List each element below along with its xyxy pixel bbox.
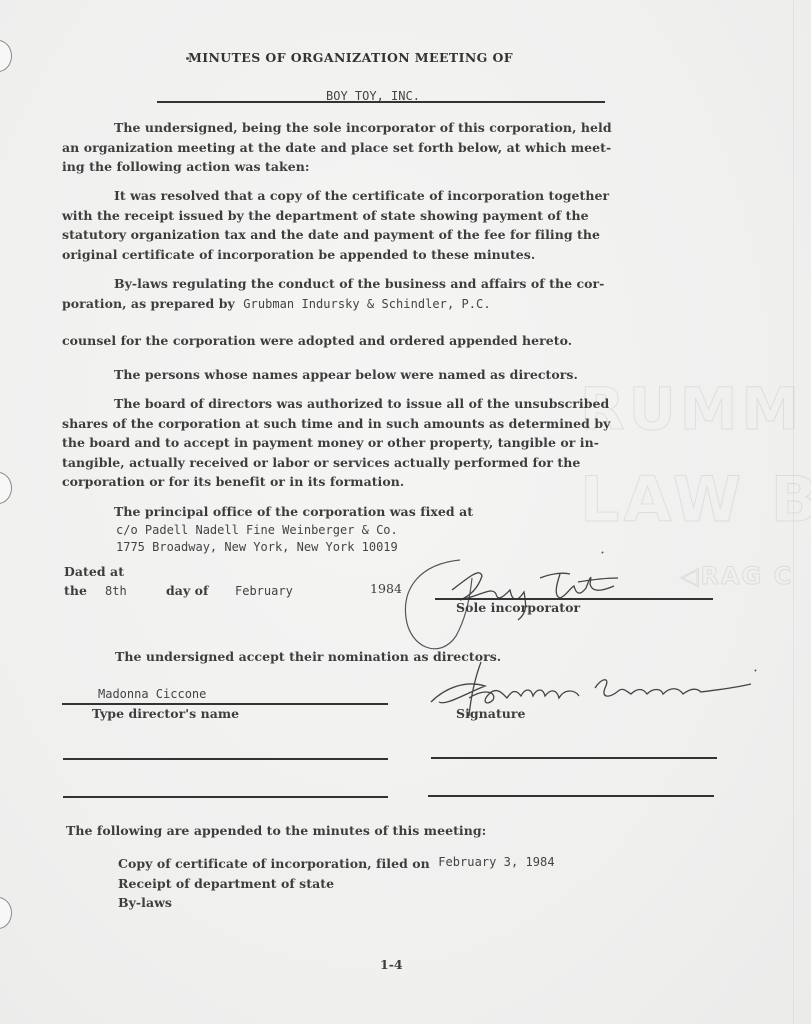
the-label: the (64, 583, 87, 598)
appended-item-text: Copy of certificate of incorporation, fi… (118, 856, 430, 871)
text-line: statutory organization tax and the date … (62, 225, 722, 245)
director-name: Madonna Ciccone (98, 687, 206, 701)
signature-label: Signature (456, 706, 526, 721)
certificate-paragraph: It was resolved that a copy of the certi… (62, 186, 722, 264)
dated-month: February (235, 584, 293, 598)
day-of-label: day of (166, 583, 208, 598)
appended-item: By-laws (118, 895, 172, 910)
text-line: The board of directors was authorized to… (62, 394, 722, 414)
bylaws-counsel-name: Grubman Indursky & Schindler, P.C. (243, 297, 490, 311)
text-line: the board and to accept in payment money… (62, 433, 722, 453)
text-line: By-laws regulating the conduct of the bu… (62, 274, 722, 294)
bylaws-prepared-by-label: poration, as prepared by (62, 296, 235, 311)
punch-hole-icon (0, 40, 12, 72)
dated-year: 1984 (370, 581, 402, 596)
text-line: It was resolved that a copy of the certi… (62, 186, 722, 206)
appended-item: Receipt of department of state (118, 876, 334, 891)
dated-at-label: Dated at (64, 564, 124, 579)
appended-item: Copy of certificate of incorporation, fi… (118, 856, 555, 871)
corporation-name-underline (157, 101, 605, 103)
page-number: 1-4 (380, 957, 403, 972)
office-address-line-1: c/o Padell Nadell Fine Weinberger & Co. (116, 523, 398, 537)
text-line: original certificate of incorporation be… (62, 245, 722, 265)
blank-director-signature-line (428, 795, 714, 797)
text-line: The undersigned, being the sole incorpor… (62, 118, 722, 138)
punch-hole-icon (0, 472, 12, 504)
text-line: tangible, actually received or labor or … (62, 453, 722, 473)
intro-paragraph: The undersigned, being the sole incorpor… (62, 118, 722, 177)
office-address-line-2: 1775 Broadway, New York, New York 10019 (116, 540, 398, 554)
bylaws-paragraph: By-laws regulating the conduct of the bu… (62, 274, 722, 313)
director-name-line (62, 703, 388, 705)
dated-day: 8th (105, 584, 127, 598)
document-page: RUMM LAW B ◁RAG C MINUTES OF ORGANIZATIO… (0, 0, 811, 1024)
directors-named-line: The persons whose names appear below wer… (114, 367, 578, 382)
text-line: ing the following action was taken: (62, 157, 722, 177)
text-line: with the receipt issued by the departmen… (62, 206, 722, 226)
text-line: corporation or for its benefit or in its… (62, 472, 722, 492)
blank-director-signature-line (431, 757, 717, 759)
stray-mark (186, 57, 189, 60)
director-name-label: Type director's name (92, 706, 239, 721)
text-line: an organization meeting at the date and … (62, 138, 722, 158)
text-line: poration, as prepared by Grubman Indursk… (62, 294, 722, 314)
blank-director-name-line (63, 758, 388, 760)
certificate-filed-date: February 3, 1984 (438, 855, 554, 869)
appended-heading: The following are appended to the minute… (66, 823, 486, 838)
principal-office-line: The principal office of the corporation … (114, 504, 473, 519)
document-title: MINUTES OF ORGANIZATION MEETING OF (188, 50, 513, 65)
bylaws-adopted-line: counsel for the corporation were adopted… (62, 333, 572, 348)
board-paragraph: The board of directors was authorized to… (62, 394, 722, 492)
sole-incorporator-label: Sole incorporator (456, 600, 580, 615)
text-line: shares of the corporation at such time a… (62, 414, 722, 434)
blank-director-name-line (63, 796, 388, 798)
punch-hole-icon (0, 897, 12, 929)
